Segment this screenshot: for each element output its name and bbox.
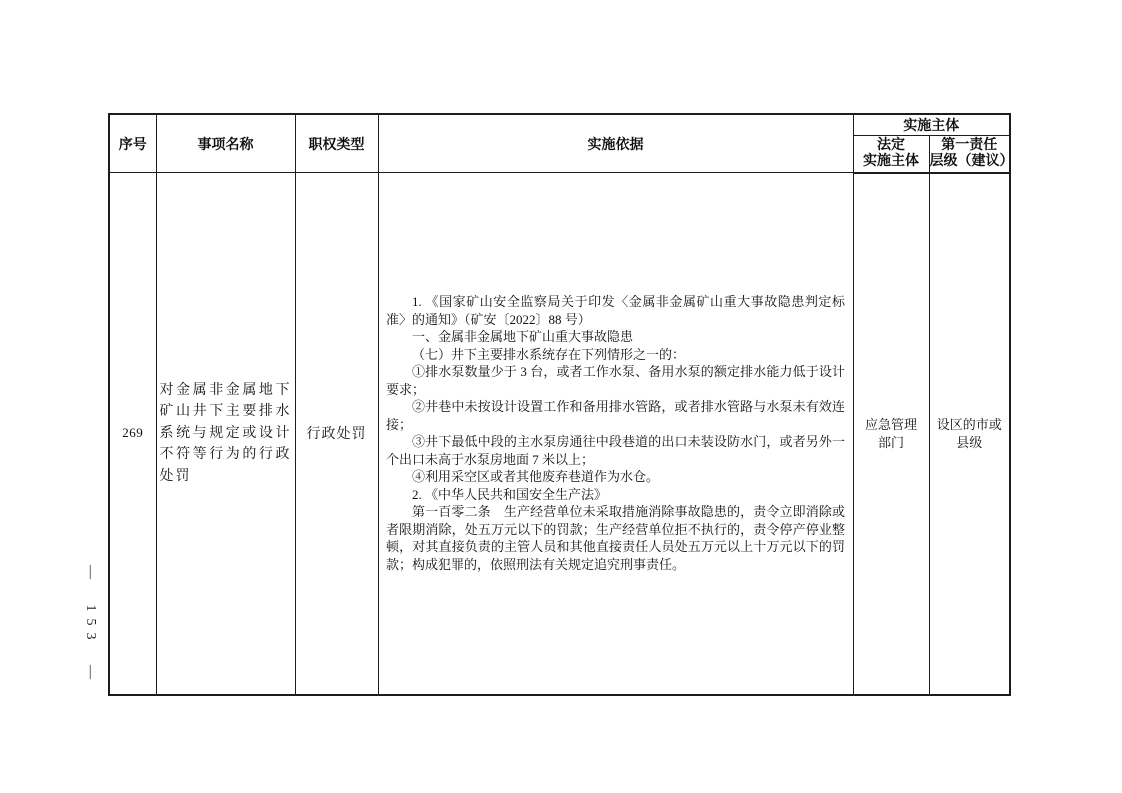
- first-level-text: 设区的市或县级: [934, 416, 1004, 452]
- header-authority-type: 职权类型: [295, 114, 378, 173]
- cell-authority-type: 行政处罚: [295, 173, 378, 695]
- header-legal-subject: 法定实施主体: [853, 136, 929, 173]
- cell-legal-subject: 应急管理部门: [853, 173, 929, 695]
- header-basis: 实施依据: [378, 114, 853, 173]
- page-number: — 153 —: [76, 565, 98, 685]
- header-line: 第一责任: [930, 138, 1010, 154]
- basis-paragraph: ②井巷中未按设计设置工作和备用排水管路，或者排水管路与水泵未有效连接；: [386, 398, 845, 433]
- basis-paragraph: （七）井下主要排水系统存在下列情形之一的：: [386, 346, 845, 364]
- basis-paragraph: 一、金属非金属地下矿山重大事故隐患: [386, 328, 845, 346]
- basis-paragraph: 2. 《中华人民共和国安全生产法》: [386, 486, 845, 504]
- cell-serial: 269: [109, 173, 156, 695]
- basis-paragraph: 第一百零二条 生产经营单位未采取措施消除事故隐患的，责令立即消除或者限期消除，处…: [386, 503, 845, 573]
- table-row: 269 对金属非金属地下矿山井下主要排水系统与规定或设计不符等行为的行政处罚 行…: [109, 173, 1010, 695]
- cell-first-level: 设区的市或县级: [929, 173, 1010, 695]
- regulation-table: 序号 事项名称 职权类型 实施依据 实施主体 法定实施主体 第一责任层级（建议）…: [108, 113, 1011, 696]
- basis-text-block: 1. 《国家矿山安全监察局关于印发〈金属非金属矿山重大事故隐患判定标准〉的通知》…: [386, 293, 845, 573]
- header-item-name: 事项名称: [156, 114, 295, 173]
- basis-paragraph: ①排水泵数量少于 3 台，或者工作水泵、备用水泵的额定排水能力低于设计要求；: [386, 363, 845, 398]
- header-first-level: 第一责任层级（建议）: [929, 136, 1010, 173]
- document-page: — 153 — 序号 事项名称 职权类型 实施依据 实施主体 法定实施主体: [0, 0, 1122, 793]
- basis-paragraph: ③井下最低中段的主水泵房通往中段巷道的出口未装设防水门，或者另外一个出口未高于水…: [386, 433, 845, 468]
- header-line: 法定: [854, 138, 929, 154]
- cell-basis: 1. 《国家矿山安全监察局关于印发〈金属非金属矿山重大事故隐患判定标准〉的通知》…: [378, 173, 853, 695]
- header-line: 层级（建议）: [930, 154, 1010, 170]
- item-name-text: 对金属非金属地下矿山井下主要排水系统与规定或设计不符等行为的行政处罚: [160, 380, 292, 488]
- header-serial: 序号: [109, 114, 156, 173]
- header-line: 实施主体: [854, 154, 929, 170]
- authority-type-text: 行政处罚: [307, 427, 367, 442]
- legal-subject-text: 应急管理部门: [863, 416, 919, 452]
- header-subject-group: 实施主体: [853, 114, 1010, 136]
- basis-paragraph: ④利用采空区或者其他废弃巷道作为水仓。: [386, 468, 845, 486]
- cell-item-name: 对金属非金属地下矿山井下主要排水系统与规定或设计不符等行为的行政处罚: [156, 173, 295, 695]
- basis-paragraph: 1. 《国家矿山安全监察局关于印发〈金属非金属矿山重大事故隐患判定标准〉的通知》…: [386, 293, 845, 328]
